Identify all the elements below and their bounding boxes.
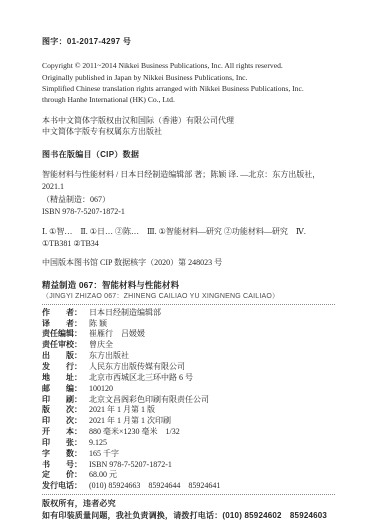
copyright-page: 图字：01-2017-4297 号 Copyright © 2011~2014 …	[0, 0, 375, 526]
pub-value: 北京文昌阁彩色印刷有限责任公司	[89, 395, 335, 406]
pub-row-address: 地 址：北京市西城区北三环中路 6 号	[42, 373, 335, 384]
copyright-line: Copyright © 2011~2014 Nikkei Business Pu…	[42, 60, 335, 71]
pub-row-distributor: 发 行：人民东方出版传媒有限公司	[42, 362, 335, 373]
pub-row-proofreader: 责任审校：曾庆全	[42, 340, 335, 351]
pub-value: 9.125	[89, 438, 335, 449]
pub-label: 译 者：	[42, 319, 89, 330]
cip-heading: 图书在版编目（CIP）数据	[42, 149, 335, 160]
book-title-pinyin: （JINGYI ZHIZAO 067：ZHINENG CAILIAO YU XI…	[42, 292, 335, 302]
pub-row-sheets: 印 张：9.125	[42, 438, 335, 449]
pub-label: 发 行：	[42, 362, 89, 373]
pub-value: 曾庆全	[89, 340, 335, 351]
pub-label: 定 价：	[42, 470, 89, 481]
pub-label: 责任审校：	[42, 340, 89, 351]
pub-value: (010) 85924663 85924644 85924641	[89, 481, 335, 492]
pub-label: 印 次：	[42, 416, 89, 427]
notice-line: 版权所有，违者必究	[42, 498, 335, 510]
pub-value: ISBN 978-7-5207-1872-1	[89, 460, 335, 471]
pub-row-isbn: 书 号：ISBN 978-7-5207-1872-1	[42, 460, 335, 471]
pub-row-wordcount: 字 数：165 千字	[42, 449, 335, 460]
publication-info-list: 作 者：日本日经制造编辑部 译 者：陈 颖 责任编辑：崔雁行 吕媛媛 责任审校：…	[42, 308, 335, 492]
copyright-block: Copyright © 2011~2014 Nikkei Business Pu…	[42, 60, 335, 105]
cip-description-line: ISBN 978-7-5207-1872-1	[42, 206, 335, 218]
pub-label: 发行电话：	[42, 481, 89, 492]
pub-value: 2021 年 1 月第 1 次印刷	[89, 416, 335, 427]
pub-row-sales-phone: 发行电话：(010) 85924663 85924644 85924641	[42, 481, 335, 492]
pub-row-printer: 印 刷：北京文昌阁彩色印刷有限责任公司	[42, 395, 335, 406]
pub-label: 字 数：	[42, 449, 89, 460]
pub-row-impression: 印 次：2021 年 1 月第 1 次印刷	[42, 416, 335, 427]
pub-row-price: 定 价：68.00 元	[42, 470, 335, 481]
book-title: 精益制造 067：智能材料与性能材料	[42, 280, 335, 291]
rights-block: 本书中文简体字版权由汉和国际（香港）有限公司代理 中文简体字版专有权属东方出版社	[42, 115, 335, 138]
pub-row-publisher: 出 版：东方出版社	[42, 351, 335, 362]
pub-label: 地 址：	[42, 373, 89, 384]
pub-label: 开 本：	[42, 427, 89, 438]
pub-label: 版 次：	[42, 405, 89, 416]
pub-value: 崔雁行 吕媛媛	[89, 329, 335, 340]
notice-line: 如有印装质量问题，我社负责调换，请拨打电话：(010) 85924602 859…	[42, 510, 335, 522]
rights-line: 本书中文简体字版权由汉和国际（香港）有限公司代理	[42, 115, 335, 127]
notice-block: 版权所有，违者必究 如有印装质量问题，我社负责调换，请拨打电话：(010) 85…	[42, 498, 335, 522]
pub-label: 作 者：	[42, 308, 89, 319]
divider	[42, 304, 335, 305]
rights-line: 中文简体字版专有权属东方出版社	[42, 126, 335, 138]
pub-value: 日本日经制造编辑部	[89, 308, 335, 319]
divider	[42, 494, 335, 495]
cip-description-line: （精益制造：067）	[42, 194, 335, 206]
pub-value: 2021 年 1 月第 1 版	[89, 405, 335, 416]
registration-number: 图字：01-2017-4297 号	[42, 36, 335, 47]
pub-value: 165 千字	[89, 449, 335, 460]
copyright-line: through Hanhe International (HK) Co., Lt…	[42, 94, 335, 105]
pub-row-author: 作 者：日本日经制造编辑部	[42, 308, 335, 319]
pub-row-translator: 译 者：陈 颖	[42, 319, 335, 330]
pub-row-editor: 责任编辑：崔雁行 吕媛媛	[42, 329, 335, 340]
cip-record-number: 中国版本图书馆 CIP 数据核字（2020）第 248023 号	[42, 257, 335, 268]
pub-value: 100120	[89, 384, 335, 395]
pub-value: 陈 颖	[89, 319, 335, 330]
pub-label: 印 刷：	[42, 395, 89, 406]
pub-label: 印 张：	[42, 438, 89, 449]
cip-classification: Ⅰ. ①智… Ⅱ. ①日… ②陈… Ⅲ. ①智能材料—研究 ②功能材料—研究 Ⅳ…	[42, 226, 335, 249]
pub-value: 880 毫米×1230 毫米 1/32	[89, 427, 335, 438]
copyright-line: Originally published in Japan by Nikkei …	[42, 72, 335, 83]
cip-description: 智能材料与性能材料 / 日本日经制造编辑部 著；陈颖 译. —北京：东方出版社，…	[42, 169, 335, 218]
copyright-line: Simplified Chinese translation rights ar…	[42, 83, 335, 94]
pub-value: 北京市西城区北三环中路 6 号	[89, 373, 335, 384]
pub-row-edition: 版 次：2021 年 1 月第 1 版	[42, 405, 335, 416]
pub-value: 人民东方出版传媒有限公司	[89, 362, 335, 373]
pub-value: 68.00 元	[89, 470, 335, 481]
cip-description-line: 智能材料与性能材料 / 日本日经制造编辑部 著；陈颖 译. —北京：东方出版社，…	[42, 169, 335, 194]
pub-label: 邮 编：	[42, 384, 89, 395]
pub-row-format: 开 本：880 毫米×1230 毫米 1/32	[42, 427, 335, 438]
pub-row-postcode: 邮 编：100120	[42, 384, 335, 395]
pub-label: 责任编辑：	[42, 329, 89, 340]
pub-label: 书 号：	[42, 460, 89, 471]
pub-value: 东方出版社	[89, 351, 335, 362]
pub-label: 出 版：	[42, 351, 89, 362]
